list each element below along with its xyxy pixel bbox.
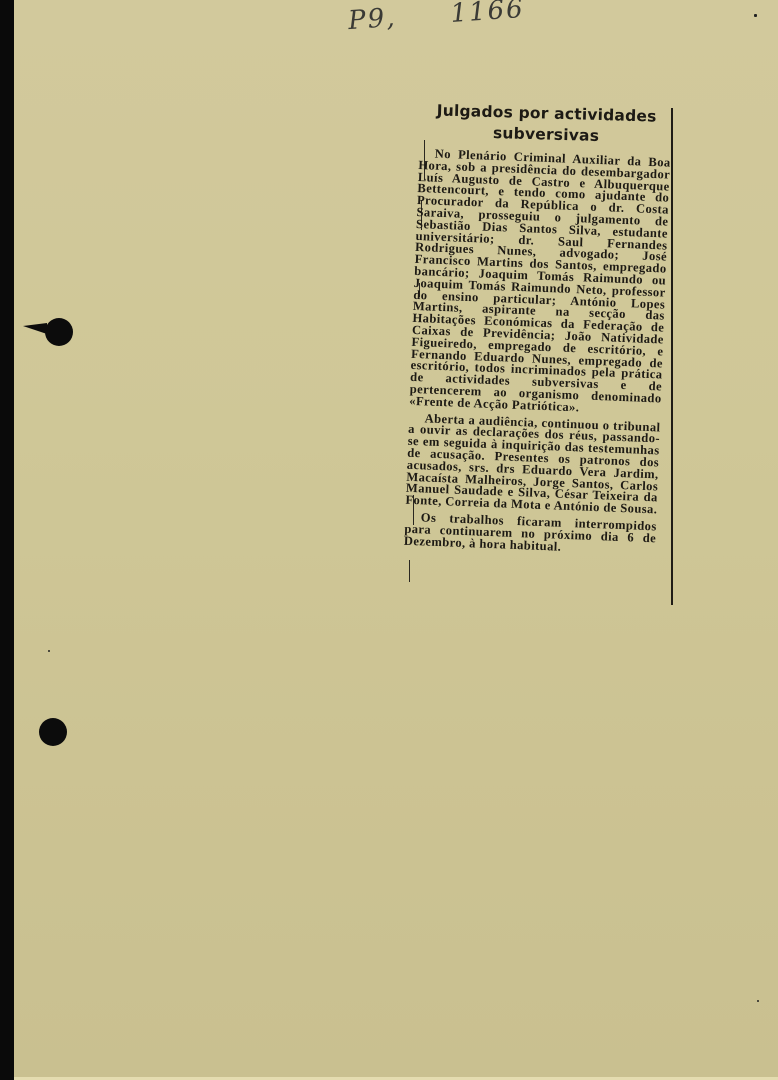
speck	[754, 14, 757, 17]
punch-hole-icon	[45, 318, 73, 346]
article-paragraph: Os trabalhos ficaram interrompidos para …	[404, 512, 657, 557]
article-paragraph: No Plenário Criminal Auxiliar da Boa Hor…	[409, 148, 671, 417]
clipping-cut-edge-left	[409, 560, 410, 582]
article-headline: Julgados por actividades subversivas	[420, 100, 673, 149]
handwritten-folio: P9,	[347, 3, 397, 36]
scan-border	[0, 0, 15, 1080]
article-paragraph: Aberta a audiência, continuou o tribunal…	[405, 412, 660, 516]
article-body: No Plenário Criminal Auxiliar da Boa Hor…	[404, 148, 671, 557]
speck	[757, 1000, 759, 1002]
punch-hole-icon	[39, 718, 67, 746]
newspaper-clipping: Julgados por actividades subversivas No …	[413, 100, 673, 552]
speck	[48, 650, 50, 652]
